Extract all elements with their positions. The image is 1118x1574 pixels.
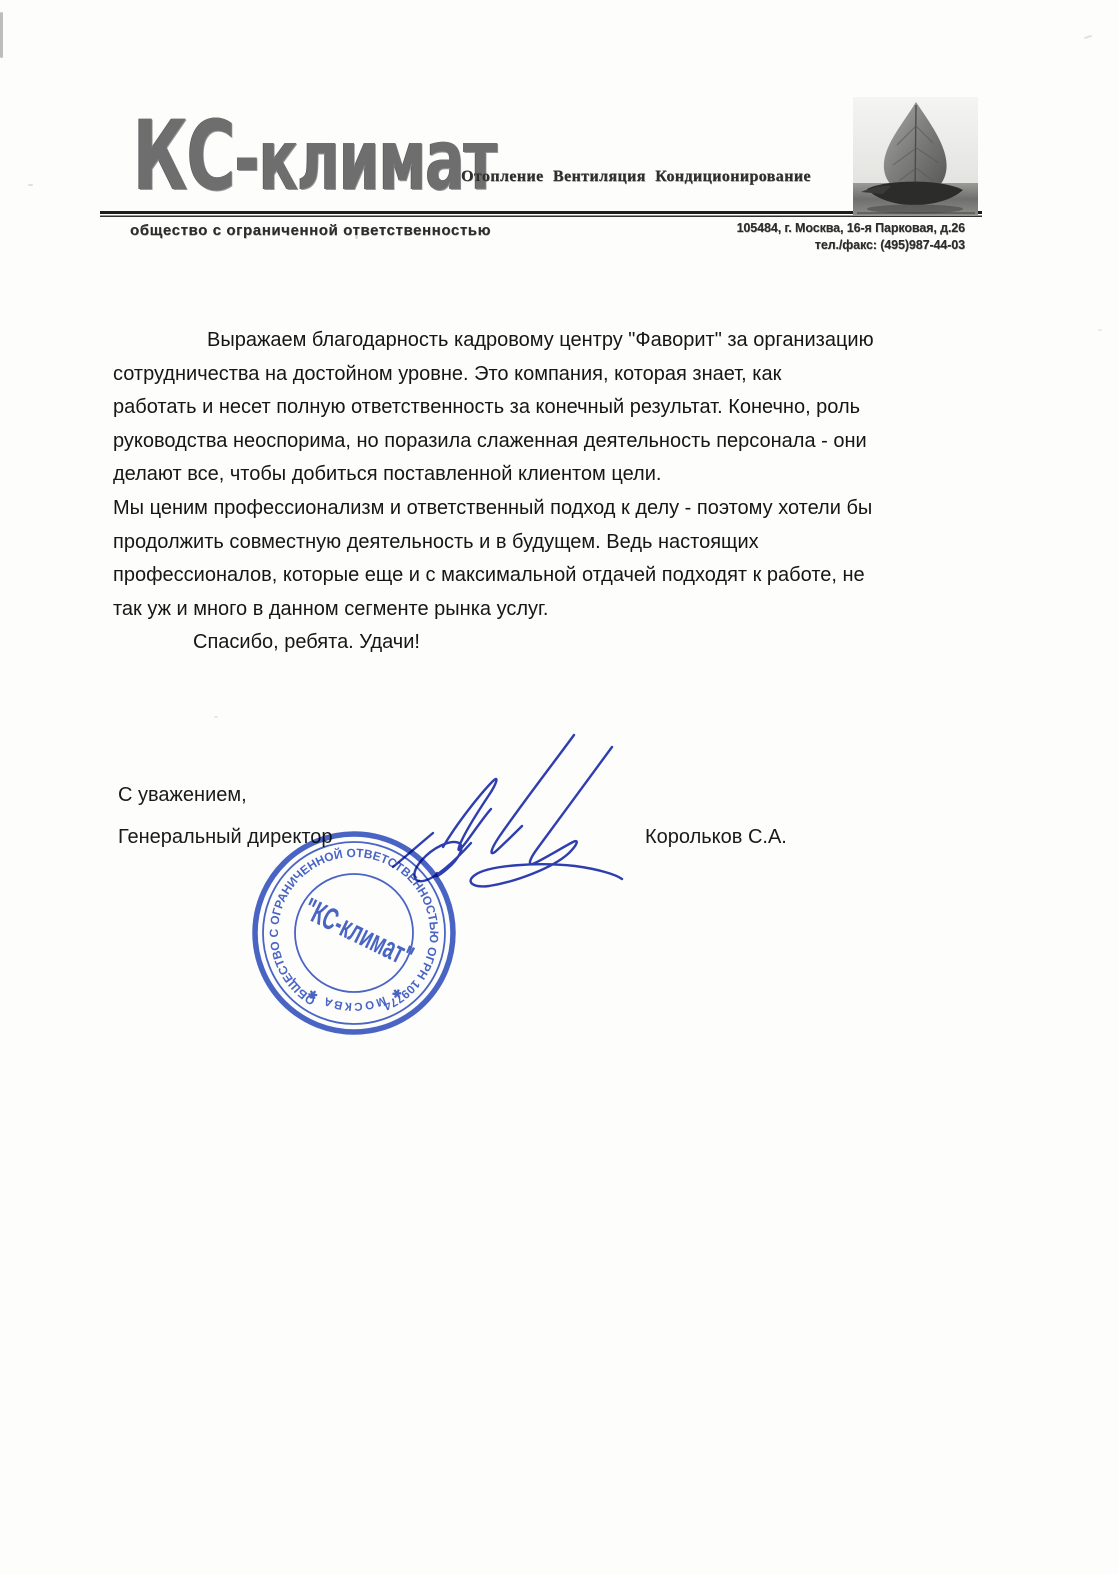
phone-fax-line: тел./факс: (495)987-44-03 [737,237,965,254]
company-logo: КС-климат [133,104,496,208]
org-type-caption: общество с ограниченной ответственностью [130,222,491,239]
scanned-letter-page: КС-климат Отопление Вентиляция Кондицион… [0,0,1118,1574]
signature-stroke [471,747,622,886]
company-tagline: Отопление Вентиляция Кондиционирование [461,168,811,186]
logo-text-rest: климат [259,111,497,209]
body-line: делают все, чтобы добиться поставленной … [113,458,913,492]
stamp-center-text: "КС-климат" [298,892,419,974]
thanks-line: Спасибо, ребята. Удачи! [113,626,913,660]
body-line: Выражаем благодарность кадровому центру … [113,324,913,358]
body-line: так уж и много в данном сегменте рынка у… [113,593,913,627]
letter-body: Выражаем благодарность кадровому центру … [113,324,913,660]
scan-artifact [214,716,218,718]
body-line: Мы ценим профессионализм и ответственный… [113,492,913,526]
body-line: руководства неоспорима, но поразила слаж… [113,425,913,459]
letterhead-divider-rule [100,211,982,218]
scan-artifact [1098,329,1102,331]
logo-text-dash: - [234,107,258,210]
signer-name: Корольков С.А. [645,826,787,849]
body-line: продолжить совместную деятельность и в б… [113,526,913,560]
director-signature [375,715,640,900]
body-line: профессионалов, которые еще и с максимал… [113,559,913,593]
closing-salutation: С уважением, [118,784,247,807]
body-line: сотрудничества на достойном уровне. Это … [113,358,913,392]
logo-text-main: КС [133,100,234,212]
signature-stroke [393,833,433,867]
scan-artifact [28,184,33,186]
address-block: 105484, г. Москва, 16-я Парковая, д.26 т… [737,220,965,253]
scan-artifact [0,12,3,58]
address-line: 105484, г. Москва, 16-я Парковая, д.26 [737,220,965,237]
signature-stroke [443,779,496,850]
signature-stroke [492,735,574,853]
scan-artifact [1084,35,1092,39]
body-line: работать и несет полную ответственность … [113,391,913,425]
leaf-on-water-photo [853,97,978,215]
